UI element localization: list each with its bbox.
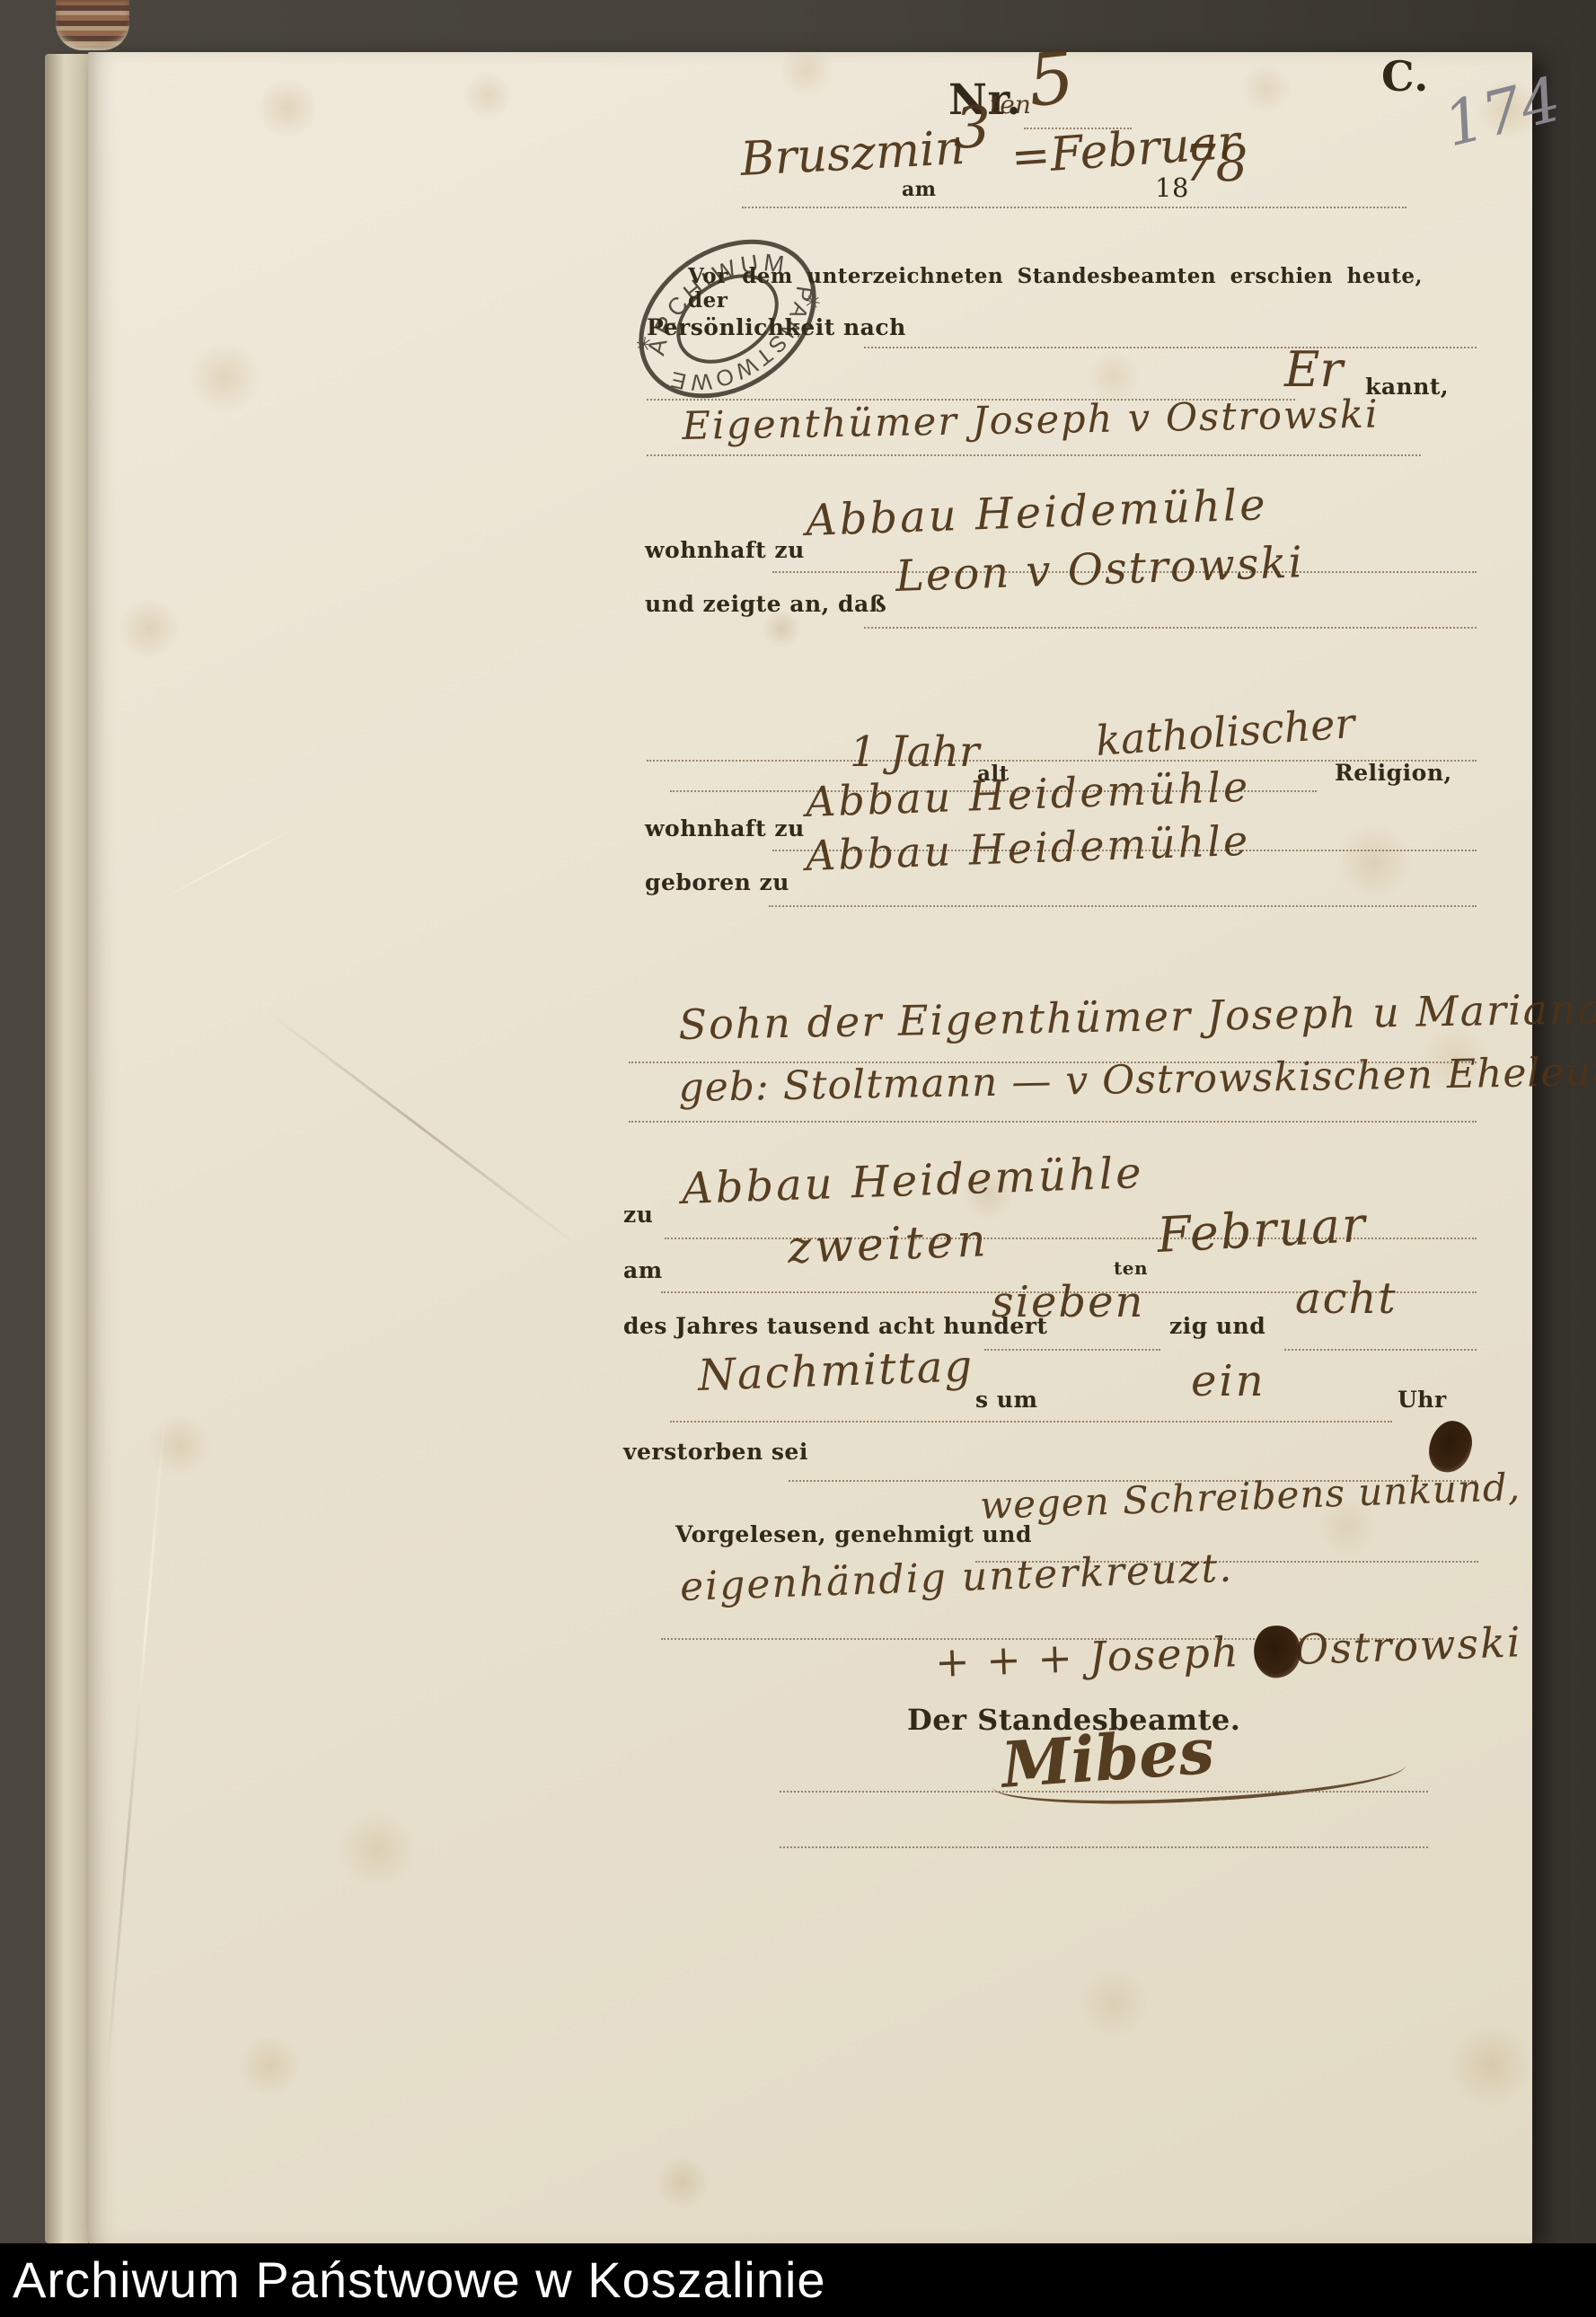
residence-label-2: wohnhaft zu: [645, 815, 805, 841]
death-hour-label: Uhr: [1398, 1387, 1447, 1413]
intro-line-2: Persönlichkeit nach: [647, 314, 906, 340]
died-label: verstorben sei: [623, 1439, 808, 1465]
death-year-ones-value: acht: [1295, 1273, 1398, 1324]
record-number-value: 5: [1024, 35, 1078, 123]
known-handwritten: Er: [1284, 341, 1343, 398]
previous-page-edge: [45, 54, 88, 2243]
death-year-label: des Jahres tausend acht hundert: [623, 1313, 1047, 1339]
closing-label: Vorgelesen, genehmigt und: [675, 1521, 1032, 1547]
scan-backdrop: Nr. 5 C. 174 Bruszmin am 3 ten =Februar …: [0, 0, 1596, 2317]
dateline-am-label: am: [902, 178, 937, 201]
dateline-year-handwritten: 78: [1184, 135, 1248, 193]
death-hour-value: ein: [1191, 1356, 1266, 1406]
death-place-label: zu: [623, 1202, 653, 1228]
dotted-rule: [780, 1846, 1428, 1848]
dotted-rule: [670, 1421, 1392, 1423]
dateline-day: 3: [954, 95, 991, 162]
archive-bar: Archiwum Państwowe w Koszalinie: [0, 2243, 1596, 2317]
death-year-mid-label: zig und: [1169, 1313, 1265, 1339]
dotted-rule: [864, 347, 1477, 348]
death-day-value: zweiten: [787, 1214, 990, 1273]
dotted-rule: [984, 1349, 1160, 1351]
binding-headband: [56, 0, 129, 50]
religion-label: Religion,: [1335, 760, 1452, 786]
dotted-rule: [769, 905, 1477, 907]
dotted-rule: [864, 627, 1477, 629]
report-label: und zeigte an, daß: [645, 591, 886, 617]
intro-line-1: Vor dem unterzeichneten Standesbeamten e…: [688, 264, 1423, 313]
residence-label-1: wohnhaft zu: [645, 537, 805, 563]
death-day-suffix-label: ten: [1114, 1257, 1148, 1279]
dotted-rule: [1284, 1349, 1477, 1351]
death-day-label: am: [623, 1257, 663, 1283]
death-time-label: s um: [975, 1387, 1037, 1413]
dateline-day-suffix: ten: [990, 90, 1031, 119]
death-month-value: Februar: [1156, 1196, 1369, 1264]
death-year-tens-value: sieben: [992, 1277, 1144, 1327]
dotted-rule: [647, 454, 1421, 456]
birthplace-label: geboren zu: [645, 869, 789, 895]
dotted-rule: [629, 1121, 1477, 1123]
dotted-rule: [742, 207, 1406, 208]
registrar-signature: Mibes: [999, 1714, 1216, 1802]
dotted-rule: [780, 1791, 1428, 1793]
archive-bar-text: Archiwum Państwowe w Koszalinie: [13, 2243, 826, 2317]
corner-letter: C.: [1381, 52, 1429, 101]
age-value: 1 Jahr: [850, 727, 979, 777]
death-time-value: Nachmittag: [697, 1341, 974, 1401]
